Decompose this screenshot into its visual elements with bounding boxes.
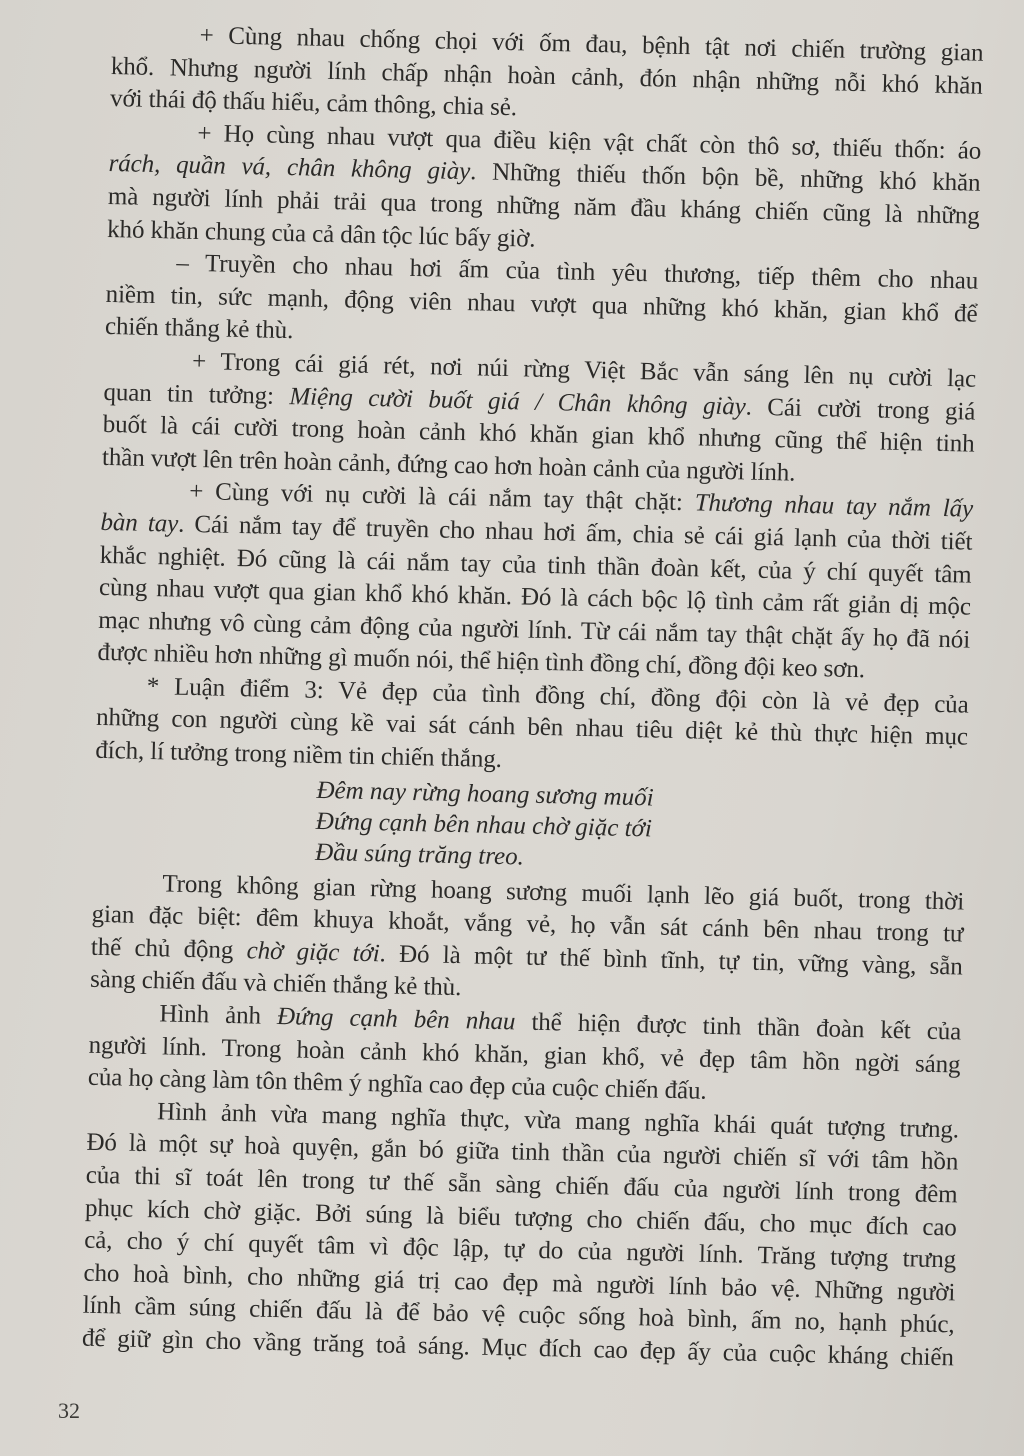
line-text: thế chủ động: [91, 934, 247, 965]
line-text: quan tin tưởng:: [103, 378, 290, 409]
italic-quote: bàn tay: [100, 509, 178, 538]
italic-quote: Thương nhau tay nắm lấy: [694, 490, 973, 523]
poem-quote: Đêm nay rừng hoang sương muối Đứng cạnh …: [93, 769, 967, 882]
line-text: . Cái cười trong giá: [745, 393, 975, 425]
italic-quote: chờ giặc tới: [246, 937, 380, 967]
line-text: Hình ảnh: [159, 1000, 277, 1030]
italic-quote: rách, quần vá, chân không giày: [108, 150, 470, 185]
page-number: 32: [58, 1398, 80, 1424]
book-page: + Cùng nhau chống chọi với ốm đau, bệnh …: [82, 18, 984, 1375]
italic-quote: Đứng cạnh bên nhau: [277, 1003, 516, 1035]
